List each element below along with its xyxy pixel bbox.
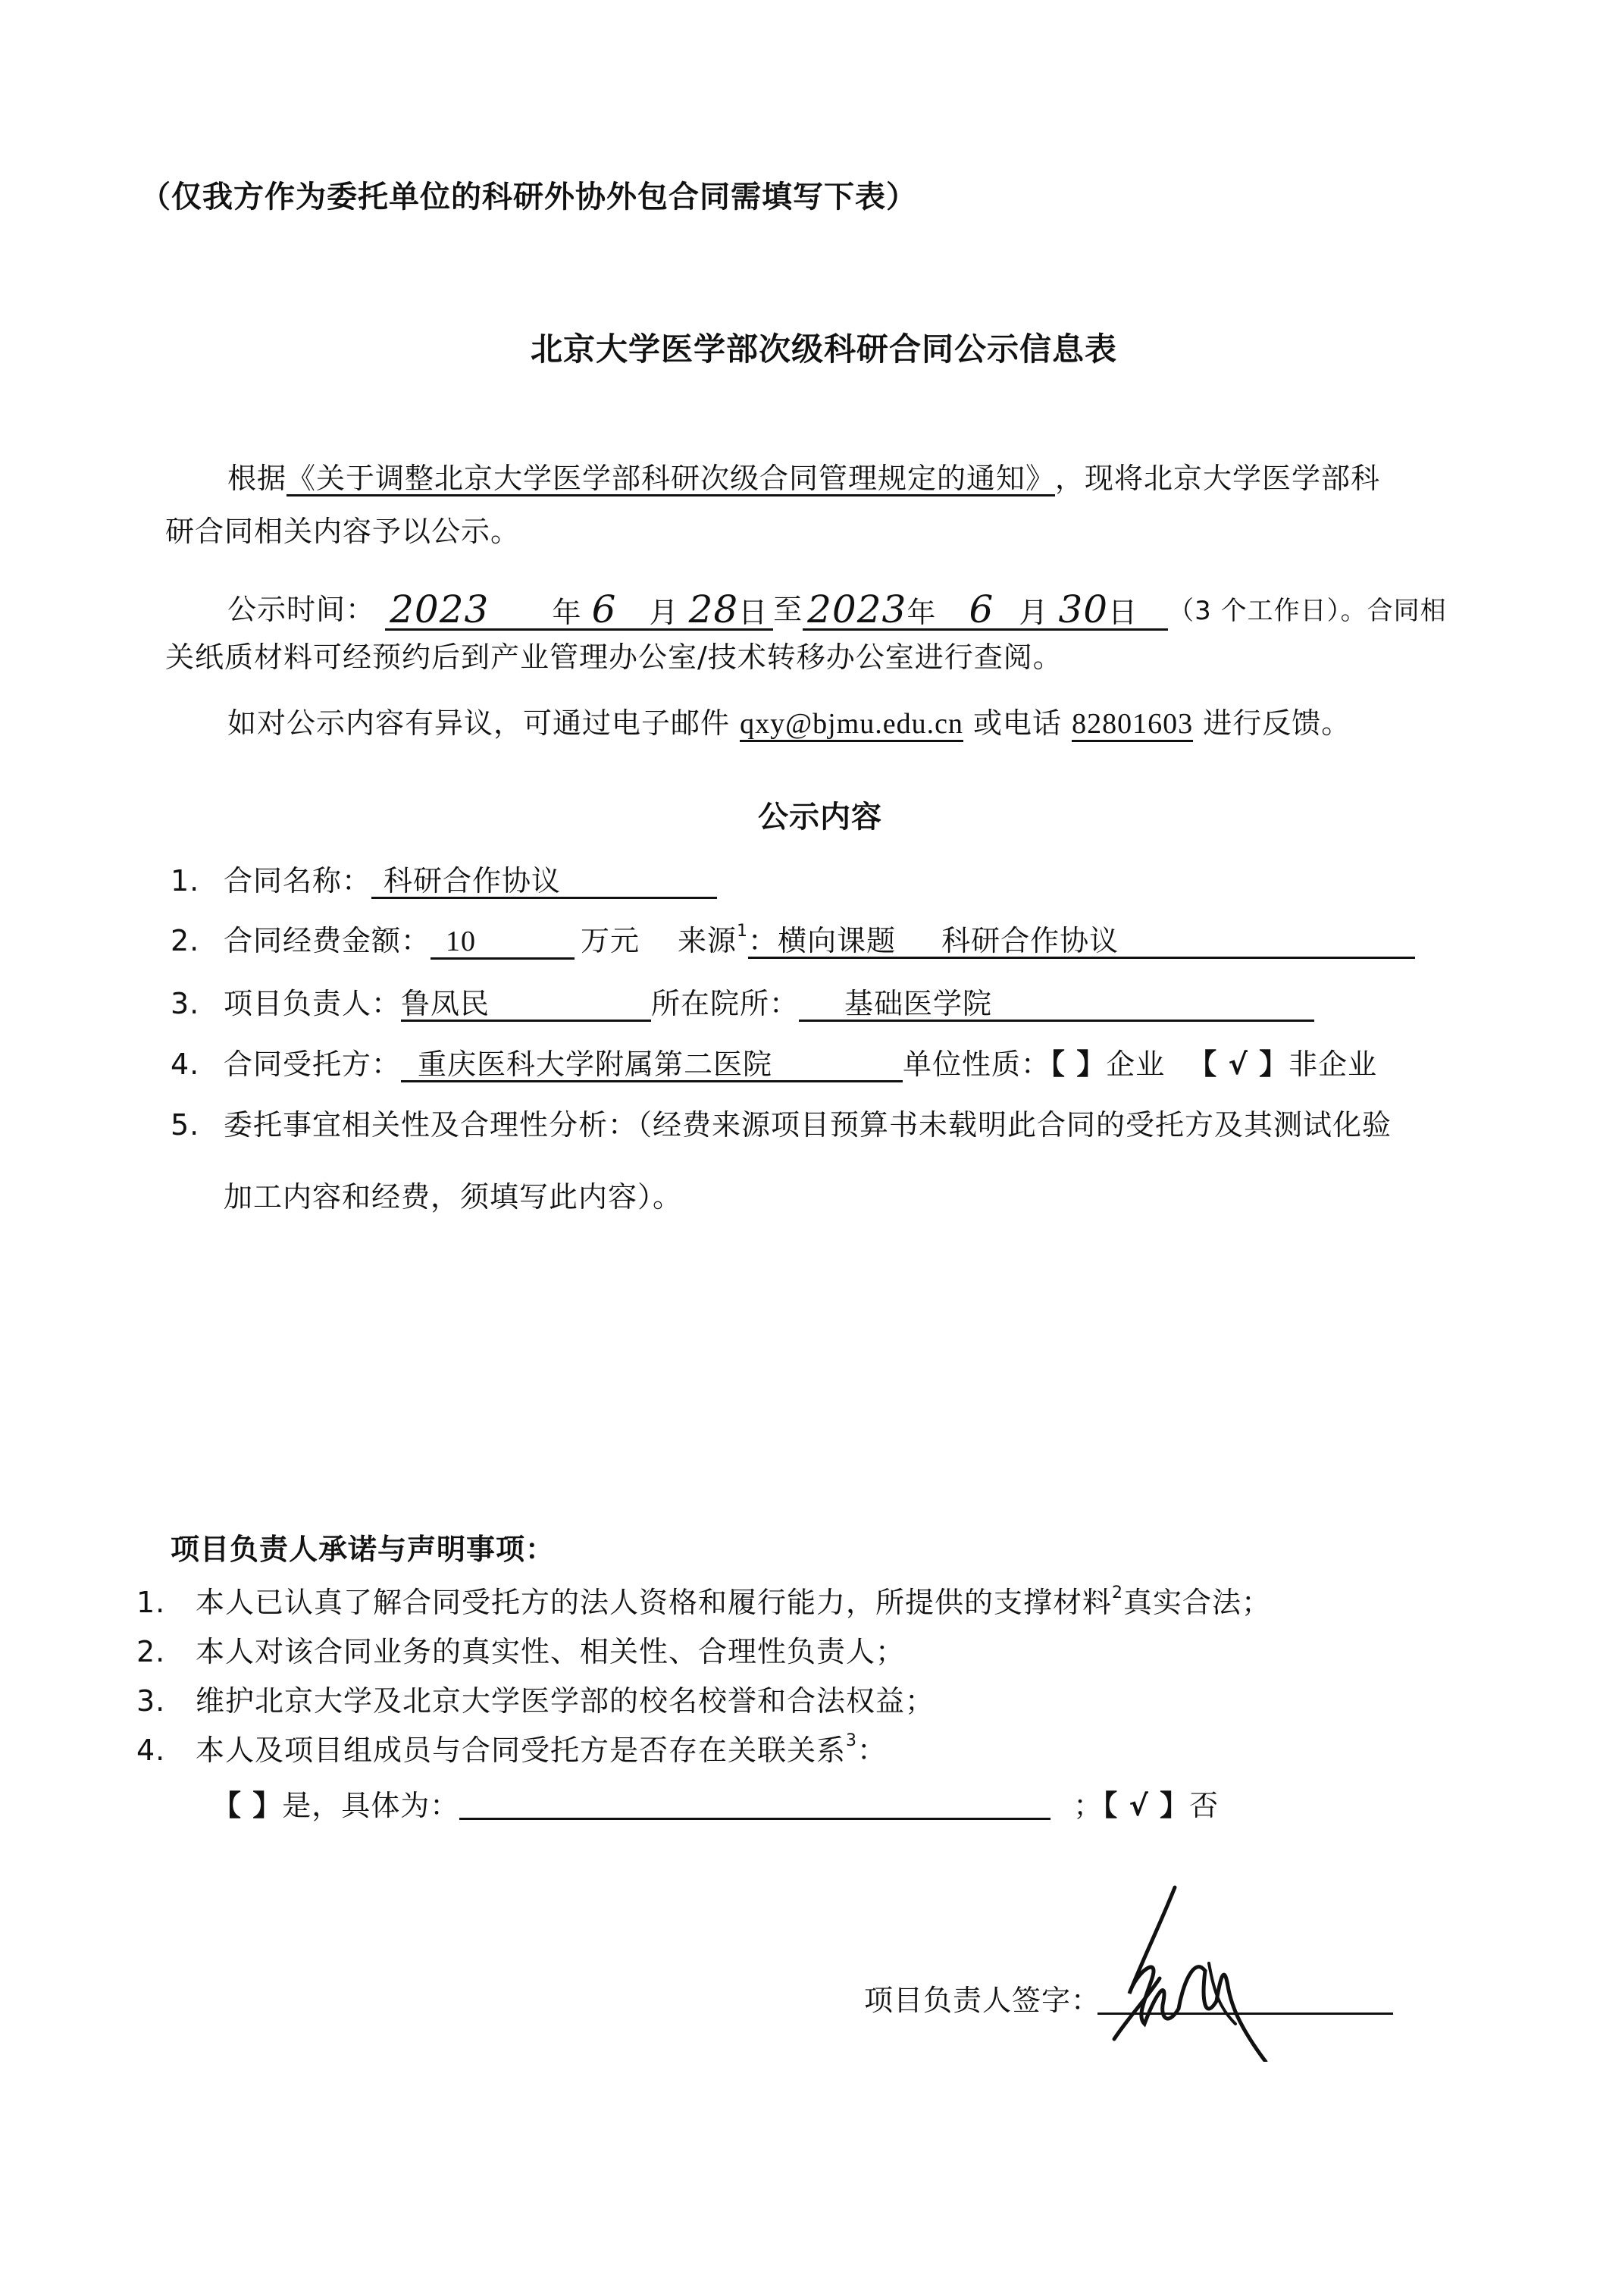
relation-choice: 【 】是，具体为：；【 √ 】否: [212, 1789, 1219, 1820]
email-link[interactable]: qxy@bjmu.edu.cn: [740, 709, 963, 742]
item-project-lead: 3.项目负责人：鲁凤民所在院所：基础医学院: [171, 989, 1314, 1022]
start-month-field[interactable]: 6: [592, 587, 617, 631]
amount-field[interactable]: 10: [431, 927, 575, 960]
item-trustee: 4.合同受托方：重庆医科大学附属第二医院单位性质：【 】企业【 √ 】非企业: [171, 1050, 1377, 1082]
commitment-item: 2.本人对该合同业务的真实性、相关性、合理性负责人；: [136, 1637, 905, 1666]
intro-paragraph-line2: 研合同相关内容予以公示。: [165, 517, 520, 546]
section-title: 公示内容: [758, 802, 882, 832]
notice-link[interactable]: 《关于调整北京大学医学部科研次级合同管理规定的通知》: [286, 464, 1055, 496]
start-year-field[interactable]: 2023: [390, 587, 489, 631]
funding-source-field[interactable]: ：横向课题科研合作协议: [748, 926, 1415, 959]
non-enterprise-checkbox[interactable]: 【 √ 】: [1188, 1048, 1288, 1081]
relation-yes-checkbox[interactable]: 【 】: [212, 1789, 282, 1822]
item-contract-amount: 2.合同经费金额：10万元来源1：横向课题科研合作协议: [171, 926, 1415, 960]
contract-name-field[interactable]: 科研合作协议: [371, 866, 717, 899]
department-field[interactable]: 基础医学院: [799, 989, 1314, 1022]
commitments-title: 项目负责人承诺与声明事项：: [171, 1535, 555, 1564]
commitment-item: 3.维护北京大学及北京大学医学部的校名校誉和合法权益；: [136, 1687, 935, 1715]
relation-detail-field[interactable]: [459, 1789, 1050, 1820]
period-line2: 关纸质材料可经预约后到产业管理办公室/技术转移办公室进行查阅。: [165, 643, 1063, 672]
item-contract-name: 1.合同名称：科研合作协议: [171, 866, 717, 899]
commitment-item: 1.本人已认真了解合同受托方的法人资格和履行能力，所提供的支撑材料2真实合法；: [136, 1588, 1271, 1617]
publicity-period: 公示时间： 2023 年 6 月 28日 至 2023年 6 月 30日 （3 …: [227, 587, 1447, 628]
trustee-field[interactable]: 重庆医科大学附属第二医院: [401, 1050, 903, 1082]
start-day-field[interactable]: 28: [689, 587, 739, 631]
relation-no-checkbox[interactable]: 【 √ 】: [1103, 1789, 1189, 1822]
phone-number: 82801603: [1072, 709, 1193, 742]
item-analysis: 5.委托事宜相关性及合理性分析：（经费来源项目预算书未载明此合同的受托方及其测试…: [171, 1110, 1392, 1139]
end-day-field[interactable]: 30: [1059, 587, 1109, 631]
end-year-field[interactable]: 2023: [807, 587, 906, 631]
form-scope-note: （仅我方作为委托单位的科研外协外包合同需填写下表）: [140, 182, 917, 212]
enterprise-checkbox[interactable]: 【 】: [1050, 1048, 1106, 1081]
analysis-text-area[interactable]: [224, 1228, 1467, 1501]
end-month-field[interactable]: 6: [969, 587, 994, 631]
page-title: 北京大学医学部次级科研合同公示信息表: [531, 334, 1117, 365]
commitment-item: 4.本人及项目组成员与合同受托方是否存在关联关系3：: [136, 1736, 887, 1765]
feedback-line: 如对公示内容有异议，可通过电子邮件 qxy@bjmu.edu.cn 或电话 82…: [227, 709, 1351, 742]
analysis-hint-line2: 加工内容和经费，须填写此内容）。: [224, 1182, 682, 1211]
project-lead-field[interactable]: 鲁凤民: [401, 989, 651, 1022]
intro-paragraph-line1: 根据《关于调整北京大学医学部科研次级合同管理规定的通知》，现将北京大学医学部科: [227, 464, 1380, 496]
handwritten-signature: [1016, 1880, 1319, 2062]
